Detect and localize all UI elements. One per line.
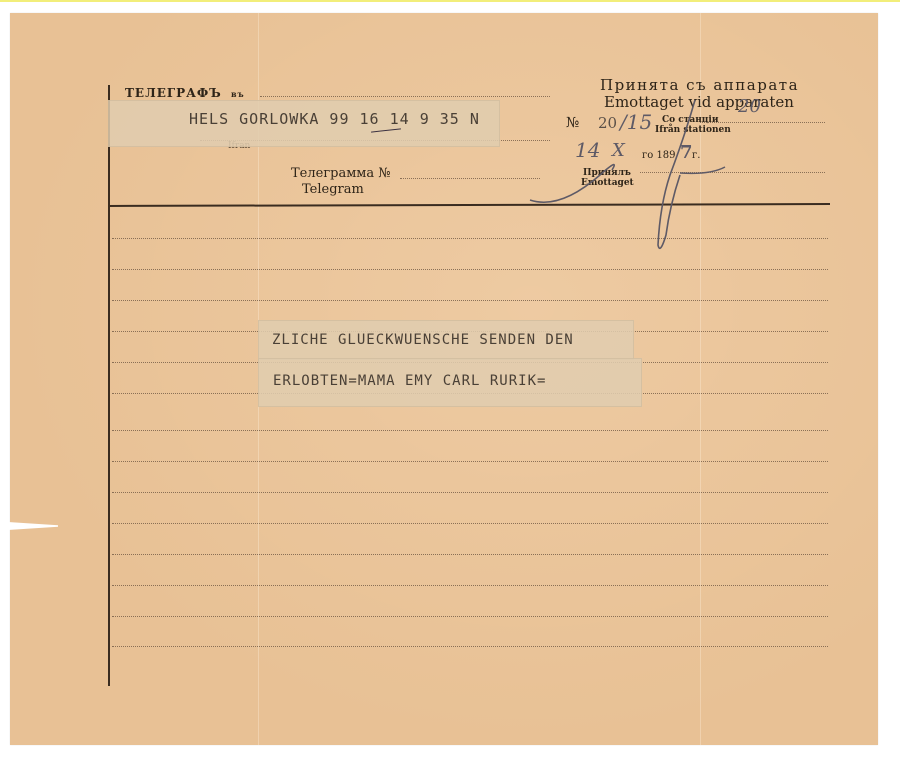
dotted-line (112, 492, 828, 493)
telegram-label-sv: Telegram (302, 182, 364, 197)
left-margin-rule (108, 85, 110, 686)
signature-scrawl (520, 95, 750, 255)
telegraph-label: ТЕЛЕГРАФЪ въ (125, 86, 245, 100)
dotted-line (112, 269, 828, 270)
dotted-line (112, 585, 828, 586)
dotted-line (112, 554, 828, 555)
telegram-label-ru: Телеграмма № (291, 166, 391, 181)
dotted-line (112, 430, 828, 431)
dotted-line (260, 96, 550, 97)
received-label-ru: Принята съ аппарата (600, 76, 799, 94)
dotted-line (400, 178, 540, 179)
tape-header-text: HELS GORLOWKA 99 16 14 9 35 N (189, 110, 480, 128)
message-line-2: ERLOBTEN=MAMA EMY CARL RURIK= (273, 373, 546, 389)
telegraph-label-text: ТЕЛЕГРАФЪ (125, 86, 222, 100)
dotted-line (112, 461, 828, 462)
dotted-line (112, 300, 828, 301)
dotted-line (112, 646, 828, 647)
scan-top-border (0, 0, 900, 2)
dotted-line (112, 616, 828, 617)
dotted-line (112, 523, 828, 524)
message-line-1: ZLICHE GLUECKWUENSCHE SENDEN DEN (272, 332, 574, 348)
telegraph-suffix: въ (231, 89, 245, 99)
